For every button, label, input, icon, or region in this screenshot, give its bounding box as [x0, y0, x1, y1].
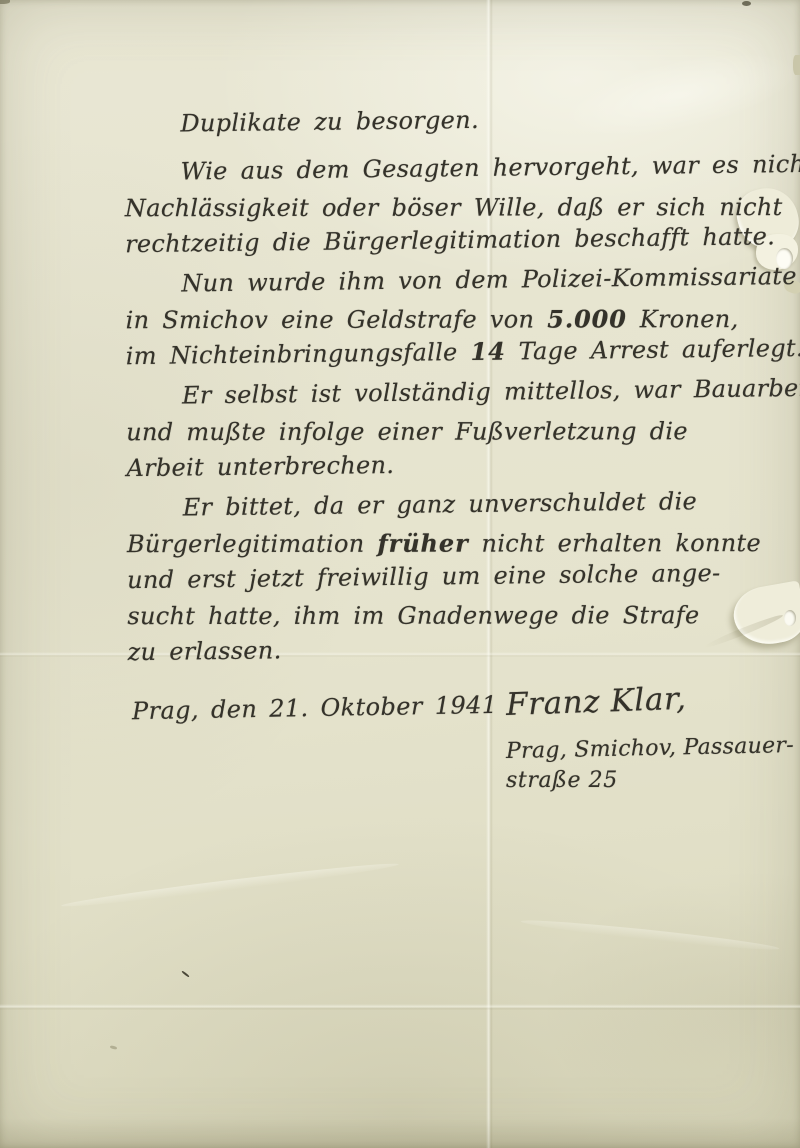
handwritten-line: Wie aus dem Gesagten hervorgeht, war es …	[124, 145, 800, 190]
line-segment: nicht erhalten konnte	[469, 529, 761, 558]
letter-body: Duplikate zu besorgen. Wie aus dem Gesag…	[124, 102, 800, 670]
handwritten-line: Er bittet, da er ganz unverschuldet die	[127, 481, 800, 526]
ink-speck	[742, 1, 751, 6]
handwritten-line: Arbeit unterbrechen.	[126, 441, 800, 486]
horizontal-crease	[0, 1004, 800, 1010]
paragraph-4: Er selbst ist vollständig mittellos, war…	[126, 374, 800, 486]
faint-pencil-mark	[110, 1045, 118, 1050]
line-segment: in Smichov eine Geldstrafe von	[126, 305, 548, 334]
signature-address-line-2: straße 25	[506, 768, 794, 793]
paragraph-3: Nun wurde ihm von dem Polizei-Kommissari…	[125, 262, 800, 374]
signature-name: Franz Klar,	[505, 677, 794, 723]
handwritten-line: Nun wurde ihm von dem Polizei-Kommissari…	[125, 257, 800, 302]
overwritten-word: früher	[377, 529, 468, 558]
line-segment: Kronen,	[627, 305, 739, 333]
paragraph-2: Wie aus dem Gesagten hervorgeht, war es …	[125, 150, 800, 262]
handwritten-line: Er selbst ist vollständig mittellos, war…	[126, 369, 800, 414]
dateline: Prag, den 21. Oktober 1941	[132, 691, 498, 725]
arrest-days: 14	[470, 337, 506, 366]
signature-address-line-1: Prag, Smichov, Passauer-	[506, 733, 794, 764]
bottom-edge-shading	[0, 1118, 800, 1148]
pen-tick-mark	[181, 970, 189, 977]
paragraph-1: Duplikate zu besorgen.	[124, 102, 800, 142]
line-segment: im Nichteinbringungsfalle	[126, 338, 471, 370]
handwritten-line: und erst jetzt freiwillig um eine solche…	[127, 553, 800, 598]
corner-mark	[0, 0, 10, 4]
letter-page: Duplikate zu besorgen. Wie aus dem Gesag…	[0, 0, 800, 1148]
handwritten-line-arrest-days: im Nichteinbringungsfalle 14 Tage Arrest…	[126, 329, 800, 374]
line-segment: Tage Arrest auferlegt.	[506, 334, 800, 366]
handwritten-line: zu erlassen.	[127, 625, 800, 670]
paper-crease-streak	[520, 916, 780, 953]
fine-amount: 5.000	[547, 304, 627, 333]
edge-notch	[793, 55, 800, 75]
signature-block: Franz Klar, Prag, Smichov, Passauer- str…	[506, 682, 794, 793]
handwritten-line: Duplikate zu besorgen.	[124, 97, 800, 142]
line-segment: Bürgerlegitimation	[127, 530, 378, 558]
handwritten-line: rechtzeitig die Bürgerlegitimation besch…	[125, 217, 800, 262]
paragraph-5: Er bittet, da er ganz unverschuldet die …	[127, 486, 800, 670]
paper-crease-streak	[61, 859, 400, 910]
